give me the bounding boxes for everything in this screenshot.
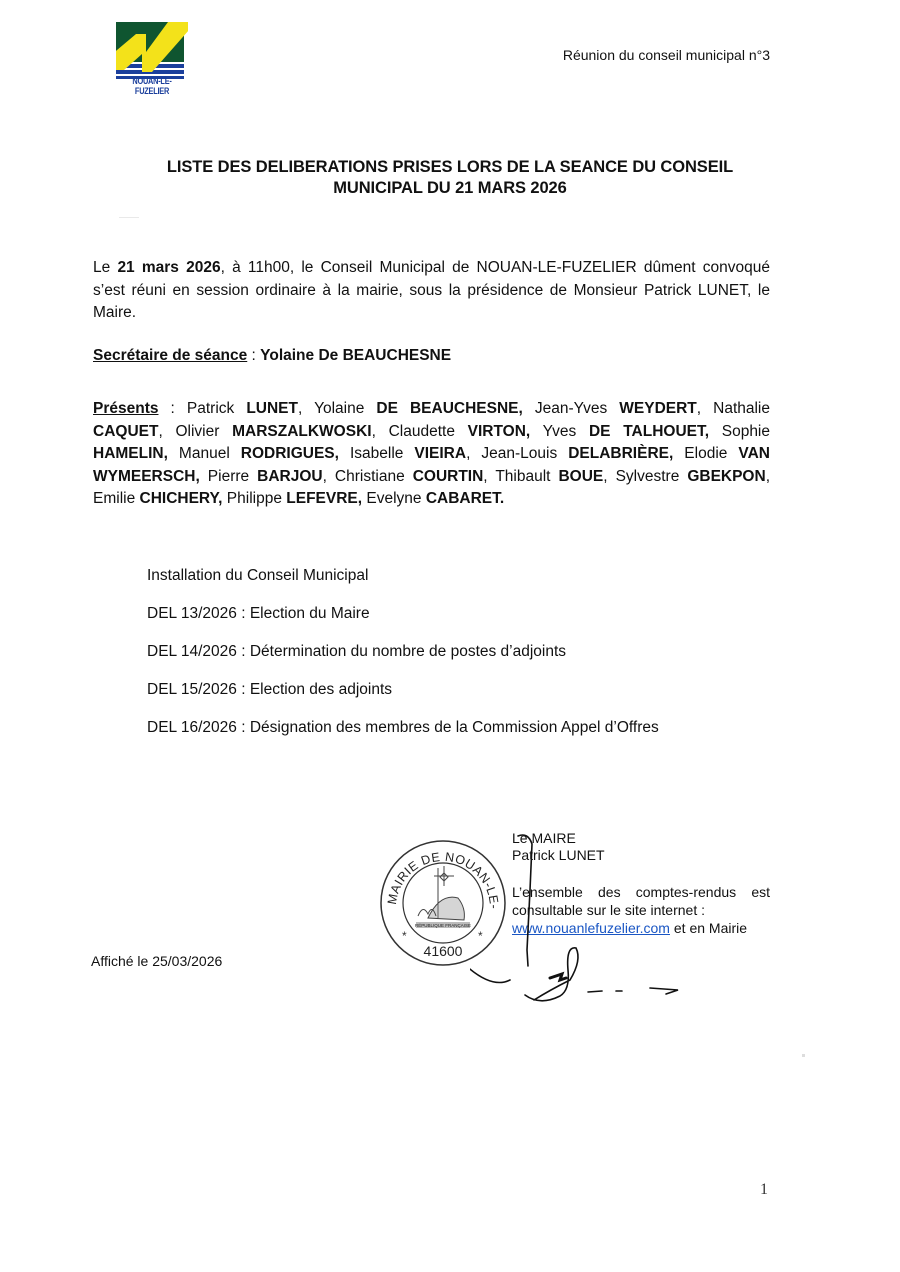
svg-text:*: * <box>402 929 407 943</box>
member-surname: WEYDERT <box>619 400 697 417</box>
mayor-signature-block: Le MAIRE Patrick LUNET <box>512 830 605 864</box>
member-surname: LEFEVRE, <box>286 490 362 507</box>
member-surname: DELABRIÈRE, <box>568 445 673 462</box>
list-item: DEL 14/2026 : Détermination du nombre de… <box>147 641 659 679</box>
member-surname: LUNET <box>246 400 298 417</box>
secretary-label: Secrétaire de séance <box>93 347 247 364</box>
member-surname: CHICHERY, <box>140 490 223 507</box>
logo-caption: NOUAN-LE-FUZELIER <box>119 76 185 96</box>
list-item: DEL 13/2026 : Election du Maire <box>147 603 659 641</box>
deliberations-list: Installation du Conseil Municipal DEL 13… <box>147 565 659 755</box>
mayor-name: Patrick LUNET <box>512 847 605 864</box>
official-seal-stamp: MAIRIE DE NOUAN-LE-FUZELIER RÉPUBLIQUE F… <box>378 838 508 968</box>
secretary-name: Yolaine De BEAUCHESNE <box>260 347 451 364</box>
member-surname: BARJOU <box>257 468 322 485</box>
presents-label: Présents <box>93 400 158 417</box>
posting-date: Affiché le 25/03/2026 <box>91 953 222 969</box>
title-line-2: MUNICIPAL DU 21 MARS 2026 <box>100 178 800 199</box>
title-line-1: LISTE DES DELIBERATIONS PRISES LORS DE L… <box>100 157 800 178</box>
member-surname: BOUE <box>558 468 603 485</box>
presents-paragraph: Présents : Patrick LUNET, Yolaine DE BEA… <box>93 398 770 511</box>
document-title: LISTE DES DELIBERATIONS PRISES LORS DE L… <box>100 157 800 199</box>
meeting-reference: Réunion du conseil municipal n°3 <box>563 47 770 63</box>
divider <box>119 217 139 218</box>
member-surname: GBEKPON <box>687 468 765 485</box>
list-item: DEL 15/2026 : Election des adjoints <box>147 679 659 717</box>
members-list: Patrick LUNET, Yolaine DE BEAUCHESNE, Je… <box>93 400 770 507</box>
member-surname: HAMELIN, <box>93 445 168 462</box>
list-item: DEL 16/2026 : Désignation des membres de… <box>147 717 659 755</box>
member-surname: CABARET. <box>426 490 504 507</box>
secretary-line: Secrétaire de séance : Yolaine De BEAUCH… <box>93 345 770 368</box>
list-item: Installation du Conseil Municipal <box>147 565 659 603</box>
meeting-date: 21 mars 2026 <box>117 259 220 276</box>
website-link[interactable]: www.nouanlefuzelier.com <box>512 920 670 936</box>
member-surname: COURTIN <box>413 468 484 485</box>
svg-text:41600: 41600 <box>424 943 463 959</box>
member-surname: MARSZALKWOSKI <box>232 423 372 440</box>
member-surname: CAQUET <box>93 423 158 440</box>
member-surname: VIRTON, <box>468 423 531 440</box>
member-surname: DE TALHOUET, <box>589 423 709 440</box>
intro-paragraph: Le 21 mars 2026, à 11h00, le Conseil Mun… <box>93 257 770 325</box>
svg-text:RÉPUBLIQUE FRANÇAISE: RÉPUBLIQUE FRANÇAISE <box>415 922 471 928</box>
mayor-title: Le MAIRE <box>512 830 605 847</box>
member-surname: VIEIRA <box>414 445 466 462</box>
member-surname: DE BEAUCHESNE, <box>376 400 522 417</box>
page-number: 1 <box>760 1181 768 1199</box>
consultation-note: L’ensemble des comptes-rendus est consul… <box>512 883 770 937</box>
svg-text:*: * <box>478 929 483 943</box>
scan-artifact <box>802 1054 805 1057</box>
member-surname: RODRIGUES, <box>241 445 339 462</box>
